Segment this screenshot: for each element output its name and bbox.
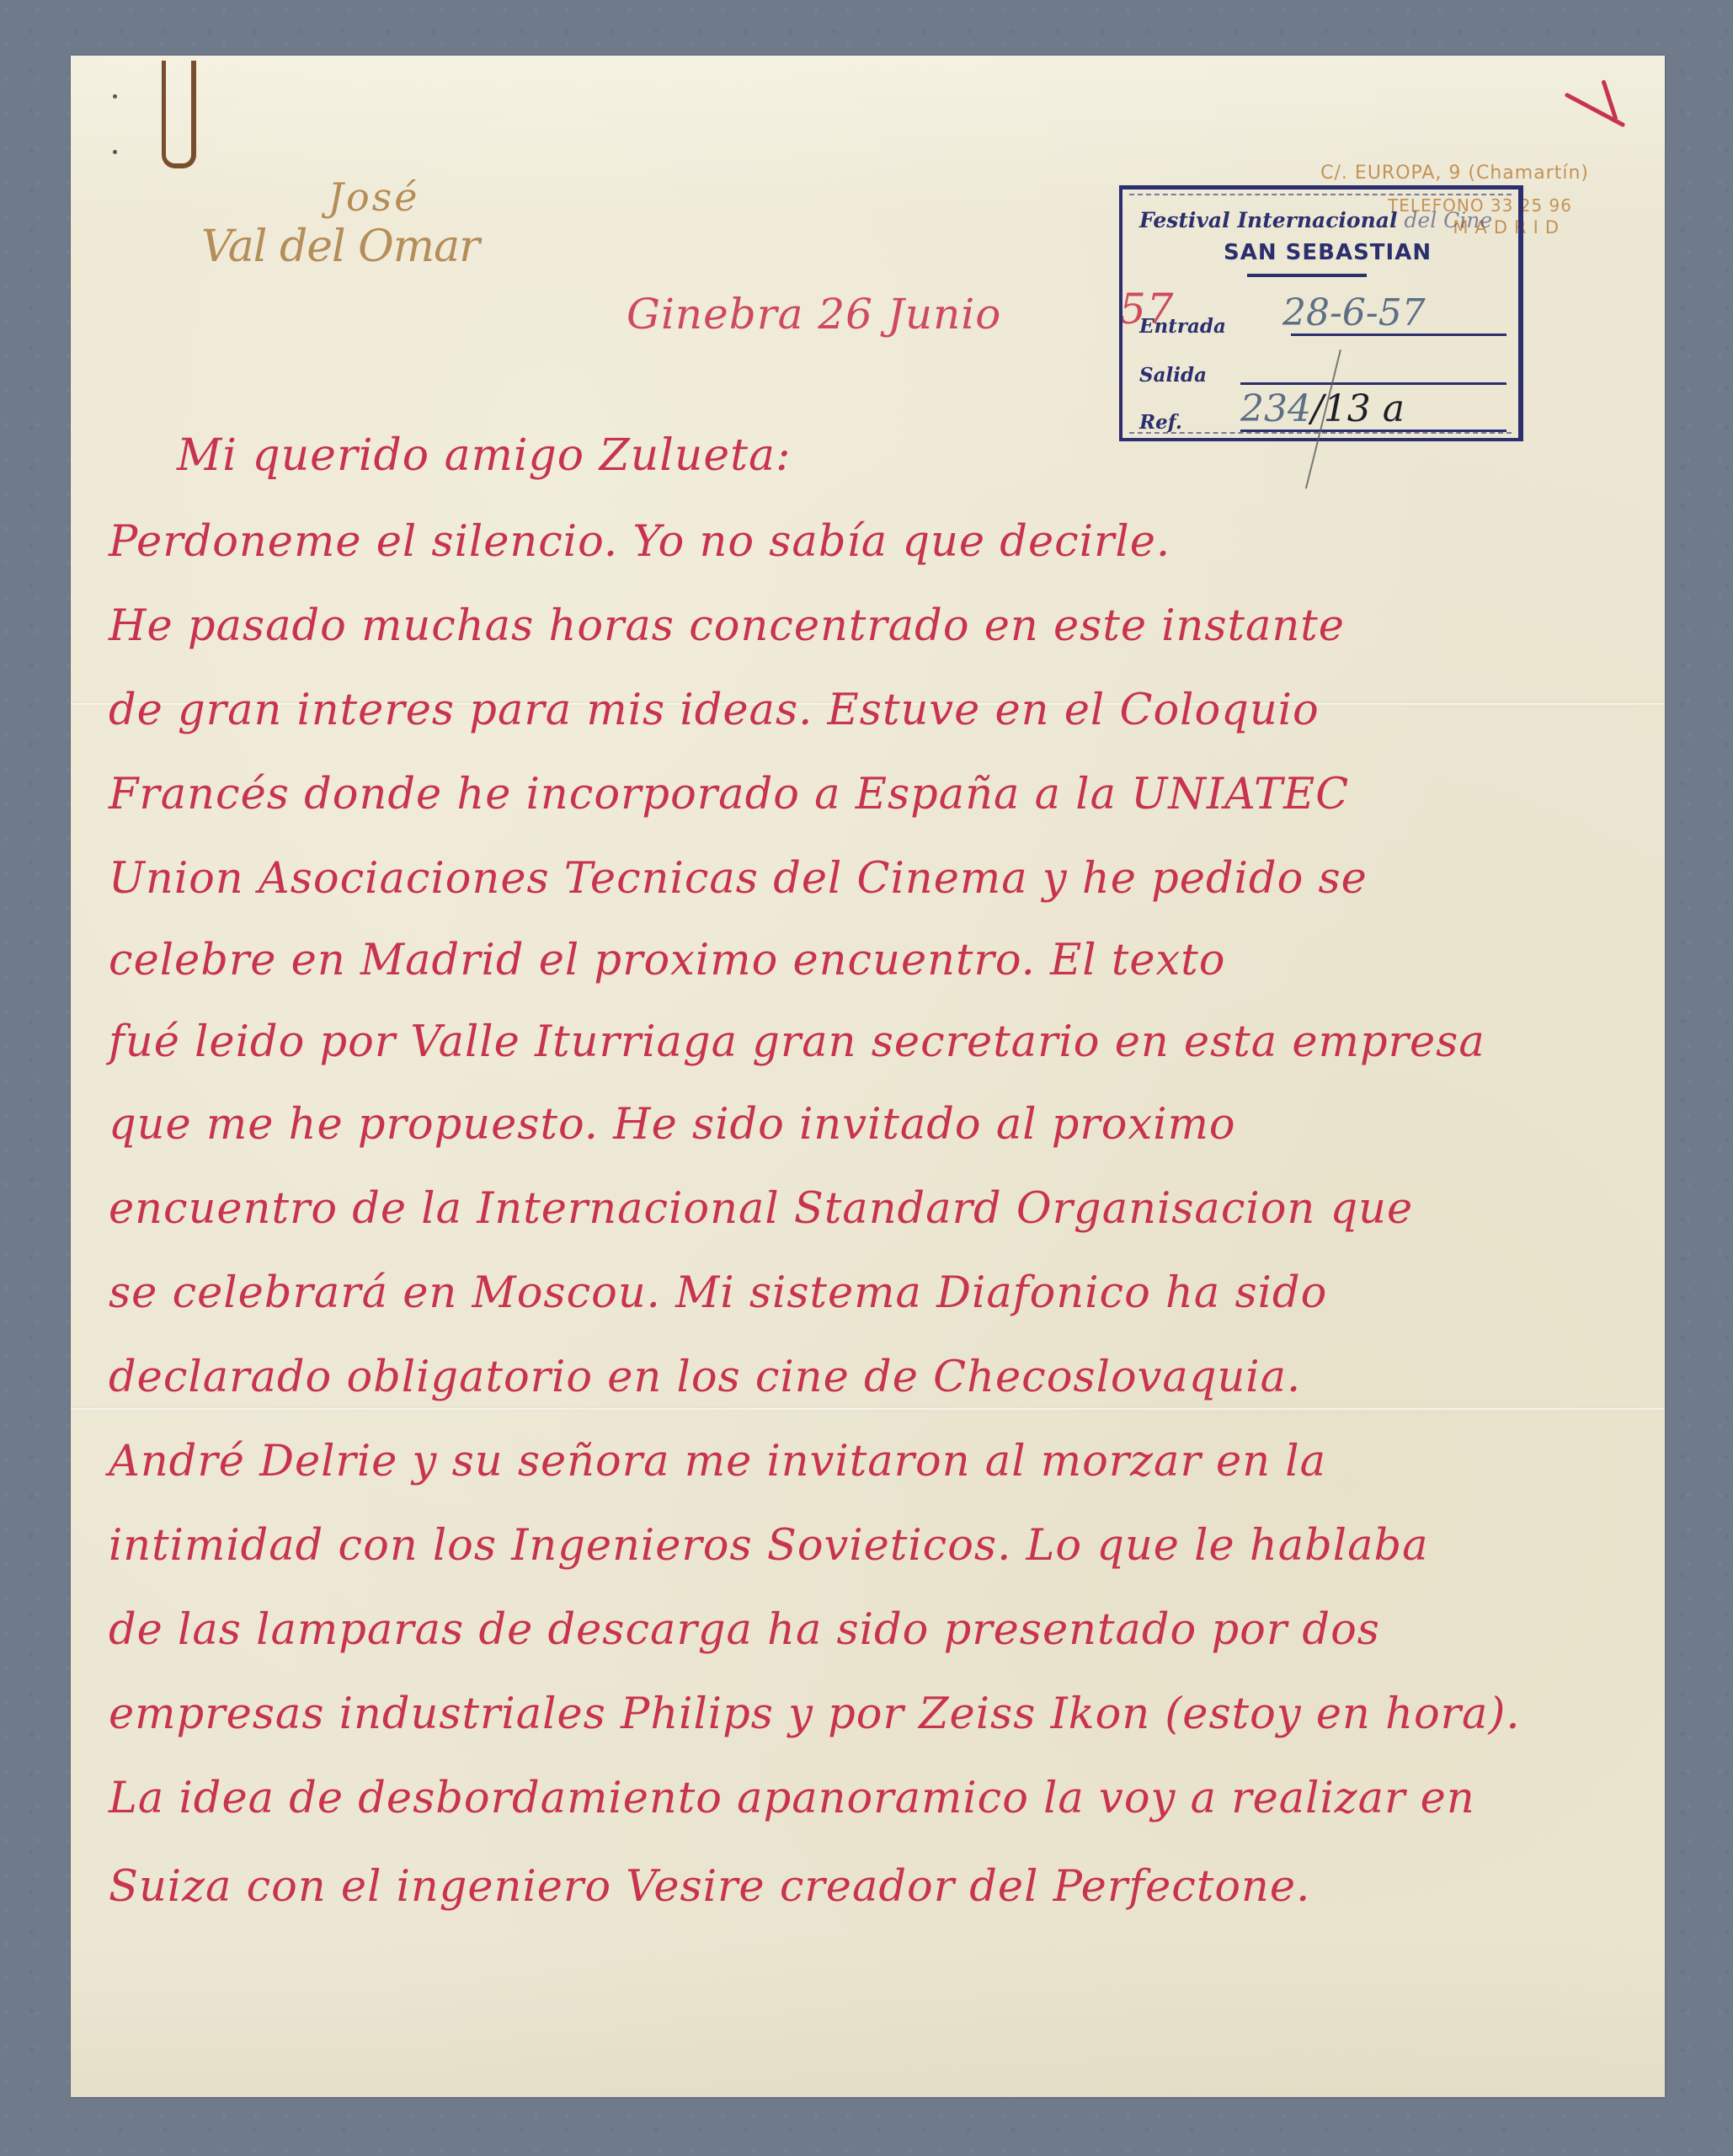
pinhole-dot-icon <box>113 150 117 154</box>
stamp-organization-rest: del Cine <box>1397 208 1492 232</box>
stamp-salida-line <box>1240 382 1506 385</box>
letter-line: fué leido por Valle Iturriaga gran secre… <box>109 1017 1485 1067</box>
letter-line: de gran interes para mis ideas. Estuve e… <box>109 686 1320 735</box>
stamp-ref-label: Ref. <box>1139 411 1182 434</box>
letterhead-last-name: Val del Omar <box>201 221 479 273</box>
letterhead-first-name: José <box>269 173 479 221</box>
letter-place-date: Ginebra 26 Junio <box>627 290 1001 339</box>
letter-line: de las lamparas de descarga ha sido pres… <box>109 1605 1380 1655</box>
paperclip-rust-mark-icon <box>162 61 196 168</box>
pinhole-dot-icon <box>113 94 117 99</box>
festival-registry-stamp: Festival Internacional del Cine SAN SEBA… <box>1119 185 1523 441</box>
letter-line: encuentro de la Internacional Standard O… <box>109 1184 1413 1234</box>
fold-crease-lower <box>71 1406 1665 1412</box>
letter-line: que me he propuesto. He sido invitado al… <box>109 1100 1236 1150</box>
letter-line: Francés donde he incorporado a España a … <box>109 770 1349 819</box>
stamp-entrada-value: 28-6-57 <box>1282 291 1426 334</box>
stamp-entrada-row: Entrada 28-6-57 <box>1139 301 1506 343</box>
stamp-salida-row: Salida <box>1139 350 1506 392</box>
letter-line: Union Asociaciones Tecnicas del Cinema y… <box>109 854 1368 904</box>
letter-line: Suiza con el ingeniero Vesire creador de… <box>109 1862 1310 1912</box>
letter-sheet: José Val del Omar C/. EUROPA, 9 (Chamart… <box>71 56 1665 2097</box>
stamp-ref-pencil: 234 <box>1240 387 1311 430</box>
stamp-salida-label: Salida <box>1139 364 1207 387</box>
stamp-entrada-label: Entrada <box>1139 315 1226 338</box>
letterhead-name: José Val del Omar <box>201 173 479 273</box>
letter-line: Perdoneme el silencio. Yo no sabía que d… <box>109 517 1170 567</box>
letter-line: He pasado muchas horas concentrado en es… <box>109 601 1345 651</box>
letter-line: empresas industriales Philips y por Zeis… <box>109 1689 1521 1739</box>
stamp-organization-bold: Festival Internacional <box>1139 208 1397 232</box>
page-number-stroke-icon <box>1565 93 1626 128</box>
letter-line: André Delrie y su señora me invitaron al… <box>109 1437 1326 1486</box>
stamp-city: SAN SEBASTIAN <box>1224 240 1432 265</box>
stamp-divider <box>1247 274 1367 277</box>
letter-line: se celebrará en Moscou. Mi sistema Diafo… <box>109 1268 1327 1318</box>
letter-line: declarado obligatorio en los cine de Che… <box>109 1353 1301 1402</box>
letter-salutation: Mi querido amigo Zulueta: <box>177 430 792 481</box>
letter-line: La idea de desbordamiento apanoramico la… <box>109 1774 1475 1823</box>
address-street: C/. EUROPA, 9 (Chamartín) <box>1320 163 1589 184</box>
letter-line: intimidad con los Ingenieros Sovieticos.… <box>109 1521 1429 1571</box>
letter-line: celebre en Madrid el proximo encuentro. … <box>109 936 1225 985</box>
stamp-organization: Festival Internacional del Cine <box>1139 208 1492 232</box>
